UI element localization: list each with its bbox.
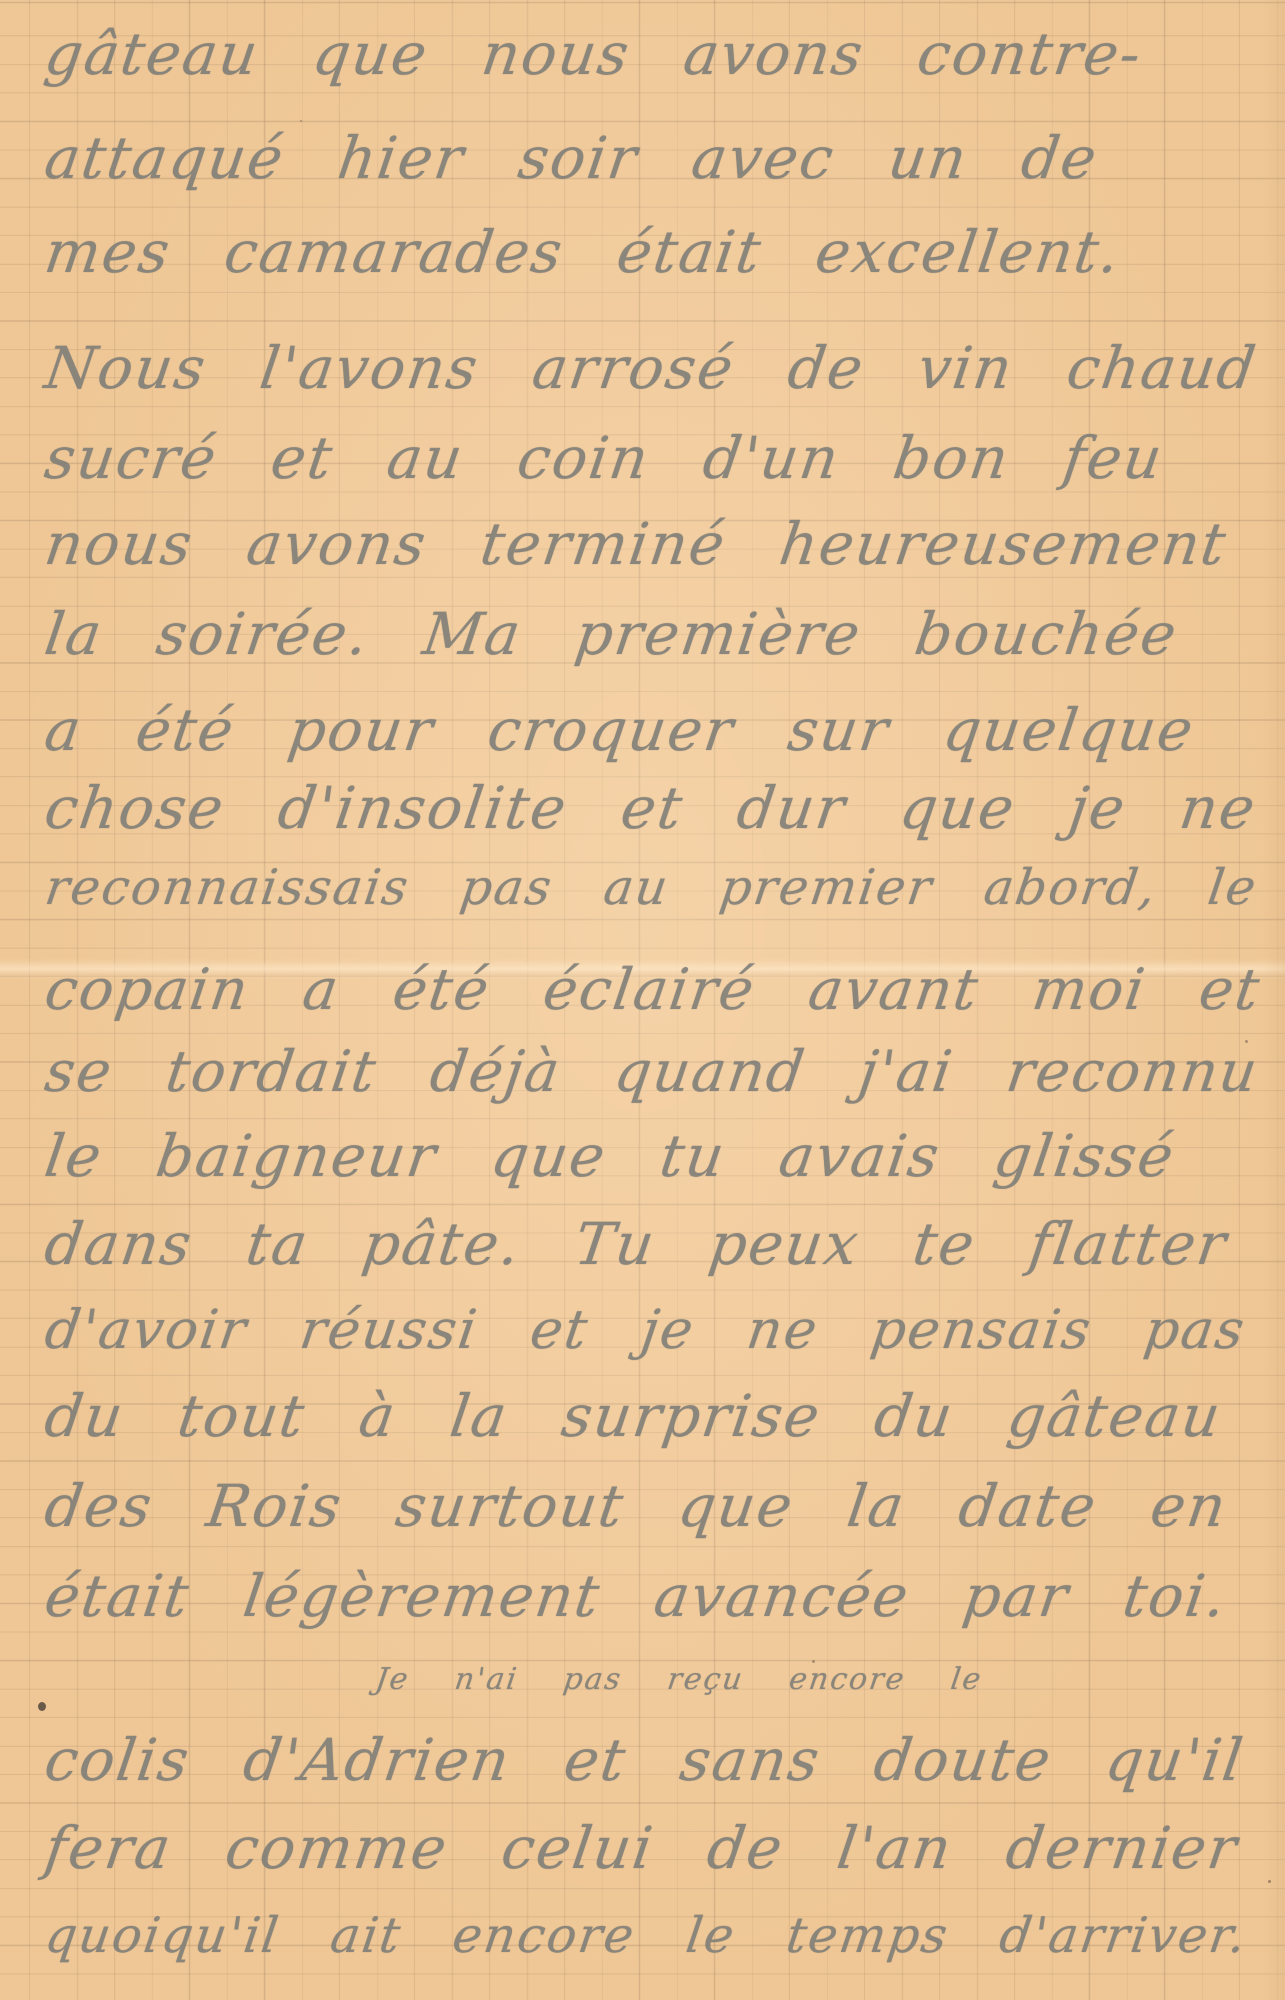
text-line: des Rois surtout que la date en: [40, 1466, 1261, 1546]
text-line: était légèrement avancée par toi.: [40, 1556, 1261, 1636]
text-line: attaqué hier soir avec un de: [40, 118, 1261, 198]
text-line: a été pour croquer sur quelque: [40, 690, 1261, 770]
text-line: d'avoir réussi et je ne pensais pas: [40, 1290, 1261, 1370]
text-line: gâteau que nous avons contre-: [40, 14, 1261, 94]
text-line: Nous l'avons arrosé de vin chaud: [40, 328, 1261, 408]
text-line: dans ta pâte. Tu peux te flatter: [40, 1204, 1261, 1284]
text-line: fera comme celui de l'an dernier: [40, 1808, 1261, 1888]
text-line: quoiqu'il ait encore le temps d'arriver.: [40, 1896, 1261, 1976]
text-line: colis d'Adrien et sans doute qu'il: [40, 1720, 1261, 1800]
text-line: copain a été éclairé avant moi et: [40, 950, 1261, 1030]
text-line: sucré et au coin d'un bon feu: [40, 418, 1261, 498]
handwritten-text: gâteau que nous avons contre- attaqué hi…: [0, 0, 1285, 2000]
text-line: reconnaissais pas au premier abord, le: [40, 848, 1261, 928]
text-line: mes camarades était excellent.: [40, 212, 1261, 292]
text-line: chose d'insolite et dur que je ne: [40, 768, 1261, 848]
letter-page: gâteau que nous avons contre- attaqué hi…: [0, 0, 1285, 2000]
text-line: nous avons terminé heureusement: [40, 504, 1261, 584]
text-line: se tordait déjà quand j'ai reconnu: [40, 1032, 1261, 1112]
text-line: la soirée. Ma première bouchée: [40, 594, 1261, 674]
text-line-paragraph-start: Je n'ai pas reçu encore le: [370, 1640, 1285, 1720]
text-line: du tout à la surprise du gâteau: [40, 1376, 1261, 1456]
text-line: le baigneur que tu avais glissé: [40, 1116, 1261, 1196]
